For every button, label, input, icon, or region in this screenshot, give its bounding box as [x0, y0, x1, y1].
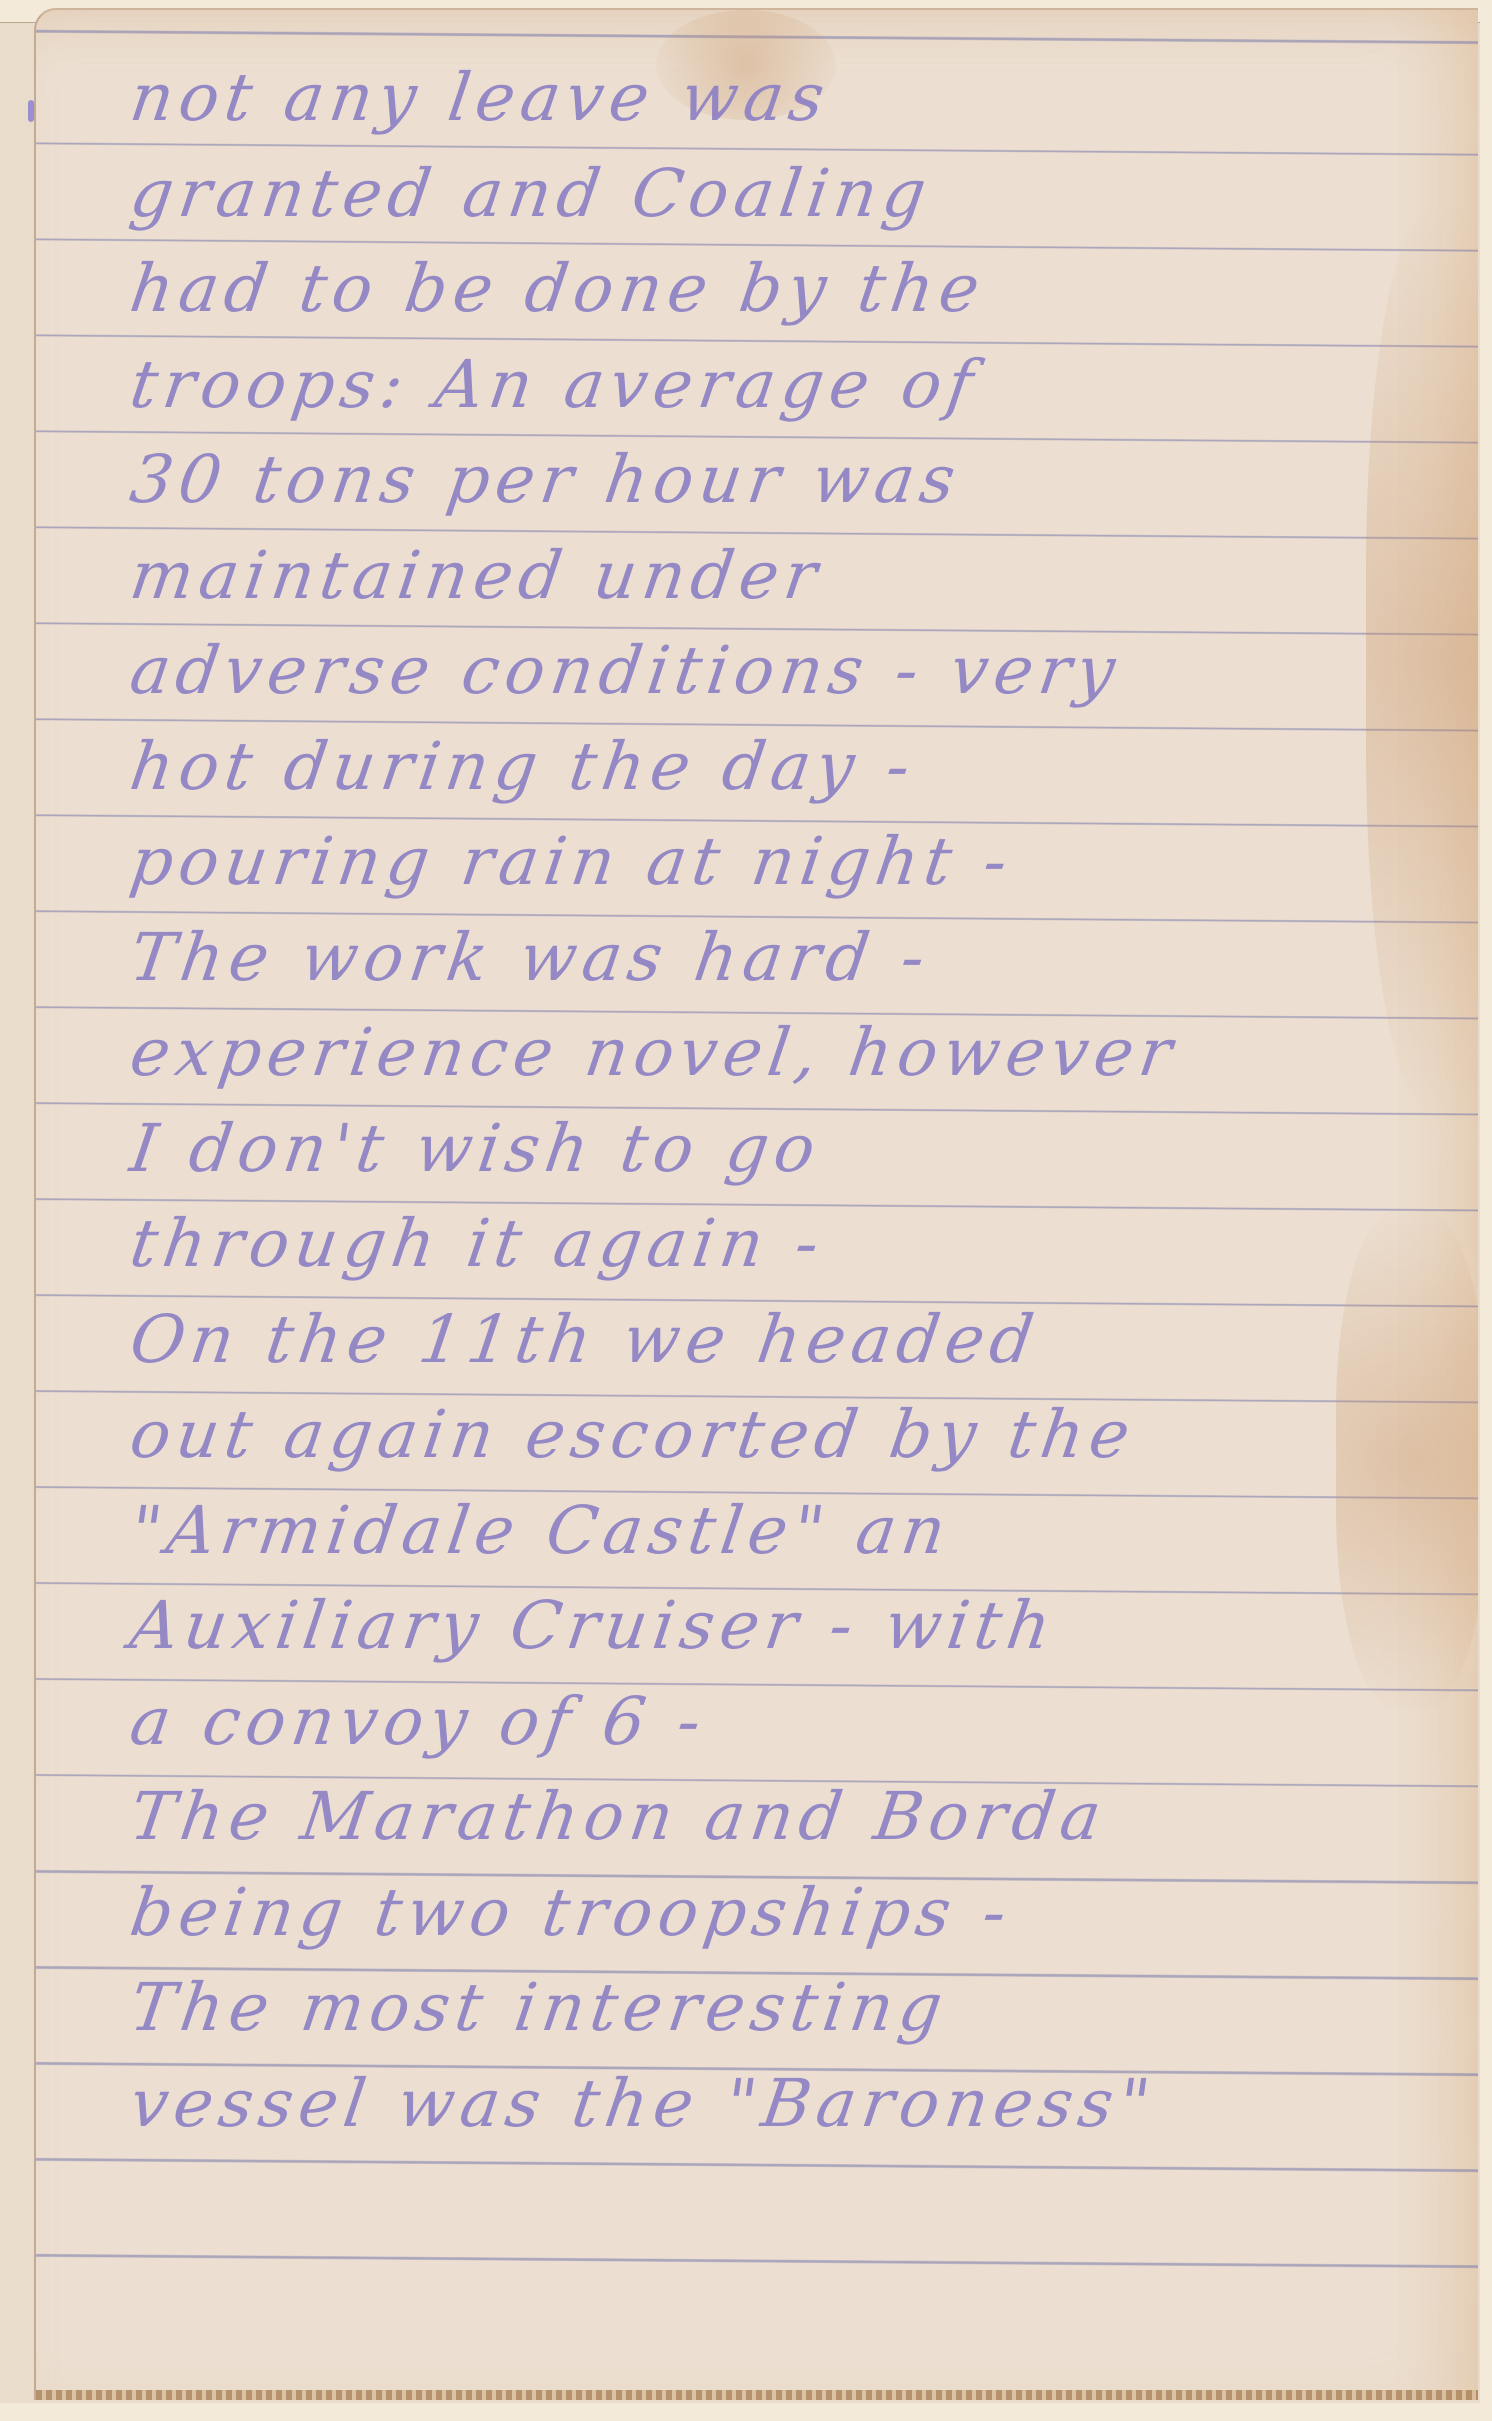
- text-line: vessel was the "Baroness": [124, 2056, 1478, 2152]
- text-line: I don't wish to go: [124, 1101, 1478, 1197]
- text-line: Auxiliary Cruiser - with: [124, 1578, 1478, 1674]
- text-line: 30 tons per hour was: [124, 432, 1478, 528]
- text-line: being two troopships -: [124, 1865, 1478, 1961]
- text-line: granted and Coaling: [124, 146, 1478, 242]
- text-line: On the 11th we headed: [124, 1292, 1478, 1388]
- text-line: pouring rain at night -: [124, 814, 1478, 910]
- text-line: experience novel, however: [124, 1005, 1478, 1101]
- text-line: through it again -: [124, 1196, 1478, 1292]
- text-line: out again escorted by the: [124, 1387, 1478, 1483]
- text-line: "Armidale Castle" an: [124, 1483, 1478, 1579]
- text-line: a convoy of 6 -: [124, 1674, 1478, 1770]
- text-line: The most interesting: [124, 1960, 1478, 2056]
- text-line: adverse conditions - very: [124, 623, 1478, 719]
- text-line: had to be done by the: [124, 241, 1478, 337]
- text-line: troops: An average of: [124, 337, 1478, 433]
- handwritten-text: not any leave was granted and Coaling ha…: [131, 50, 1478, 2151]
- text-line: not any leave was: [124, 50, 1478, 146]
- text-line: The work was hard -: [124, 910, 1478, 1006]
- text-line: maintained under: [124, 528, 1478, 624]
- text-line: hot during the day -: [124, 719, 1478, 815]
- notebook-page: not any leave was granted and Coaling ha…: [34, 8, 1478, 2400]
- text-line: The Marathon and Borda: [124, 1769, 1478, 1865]
